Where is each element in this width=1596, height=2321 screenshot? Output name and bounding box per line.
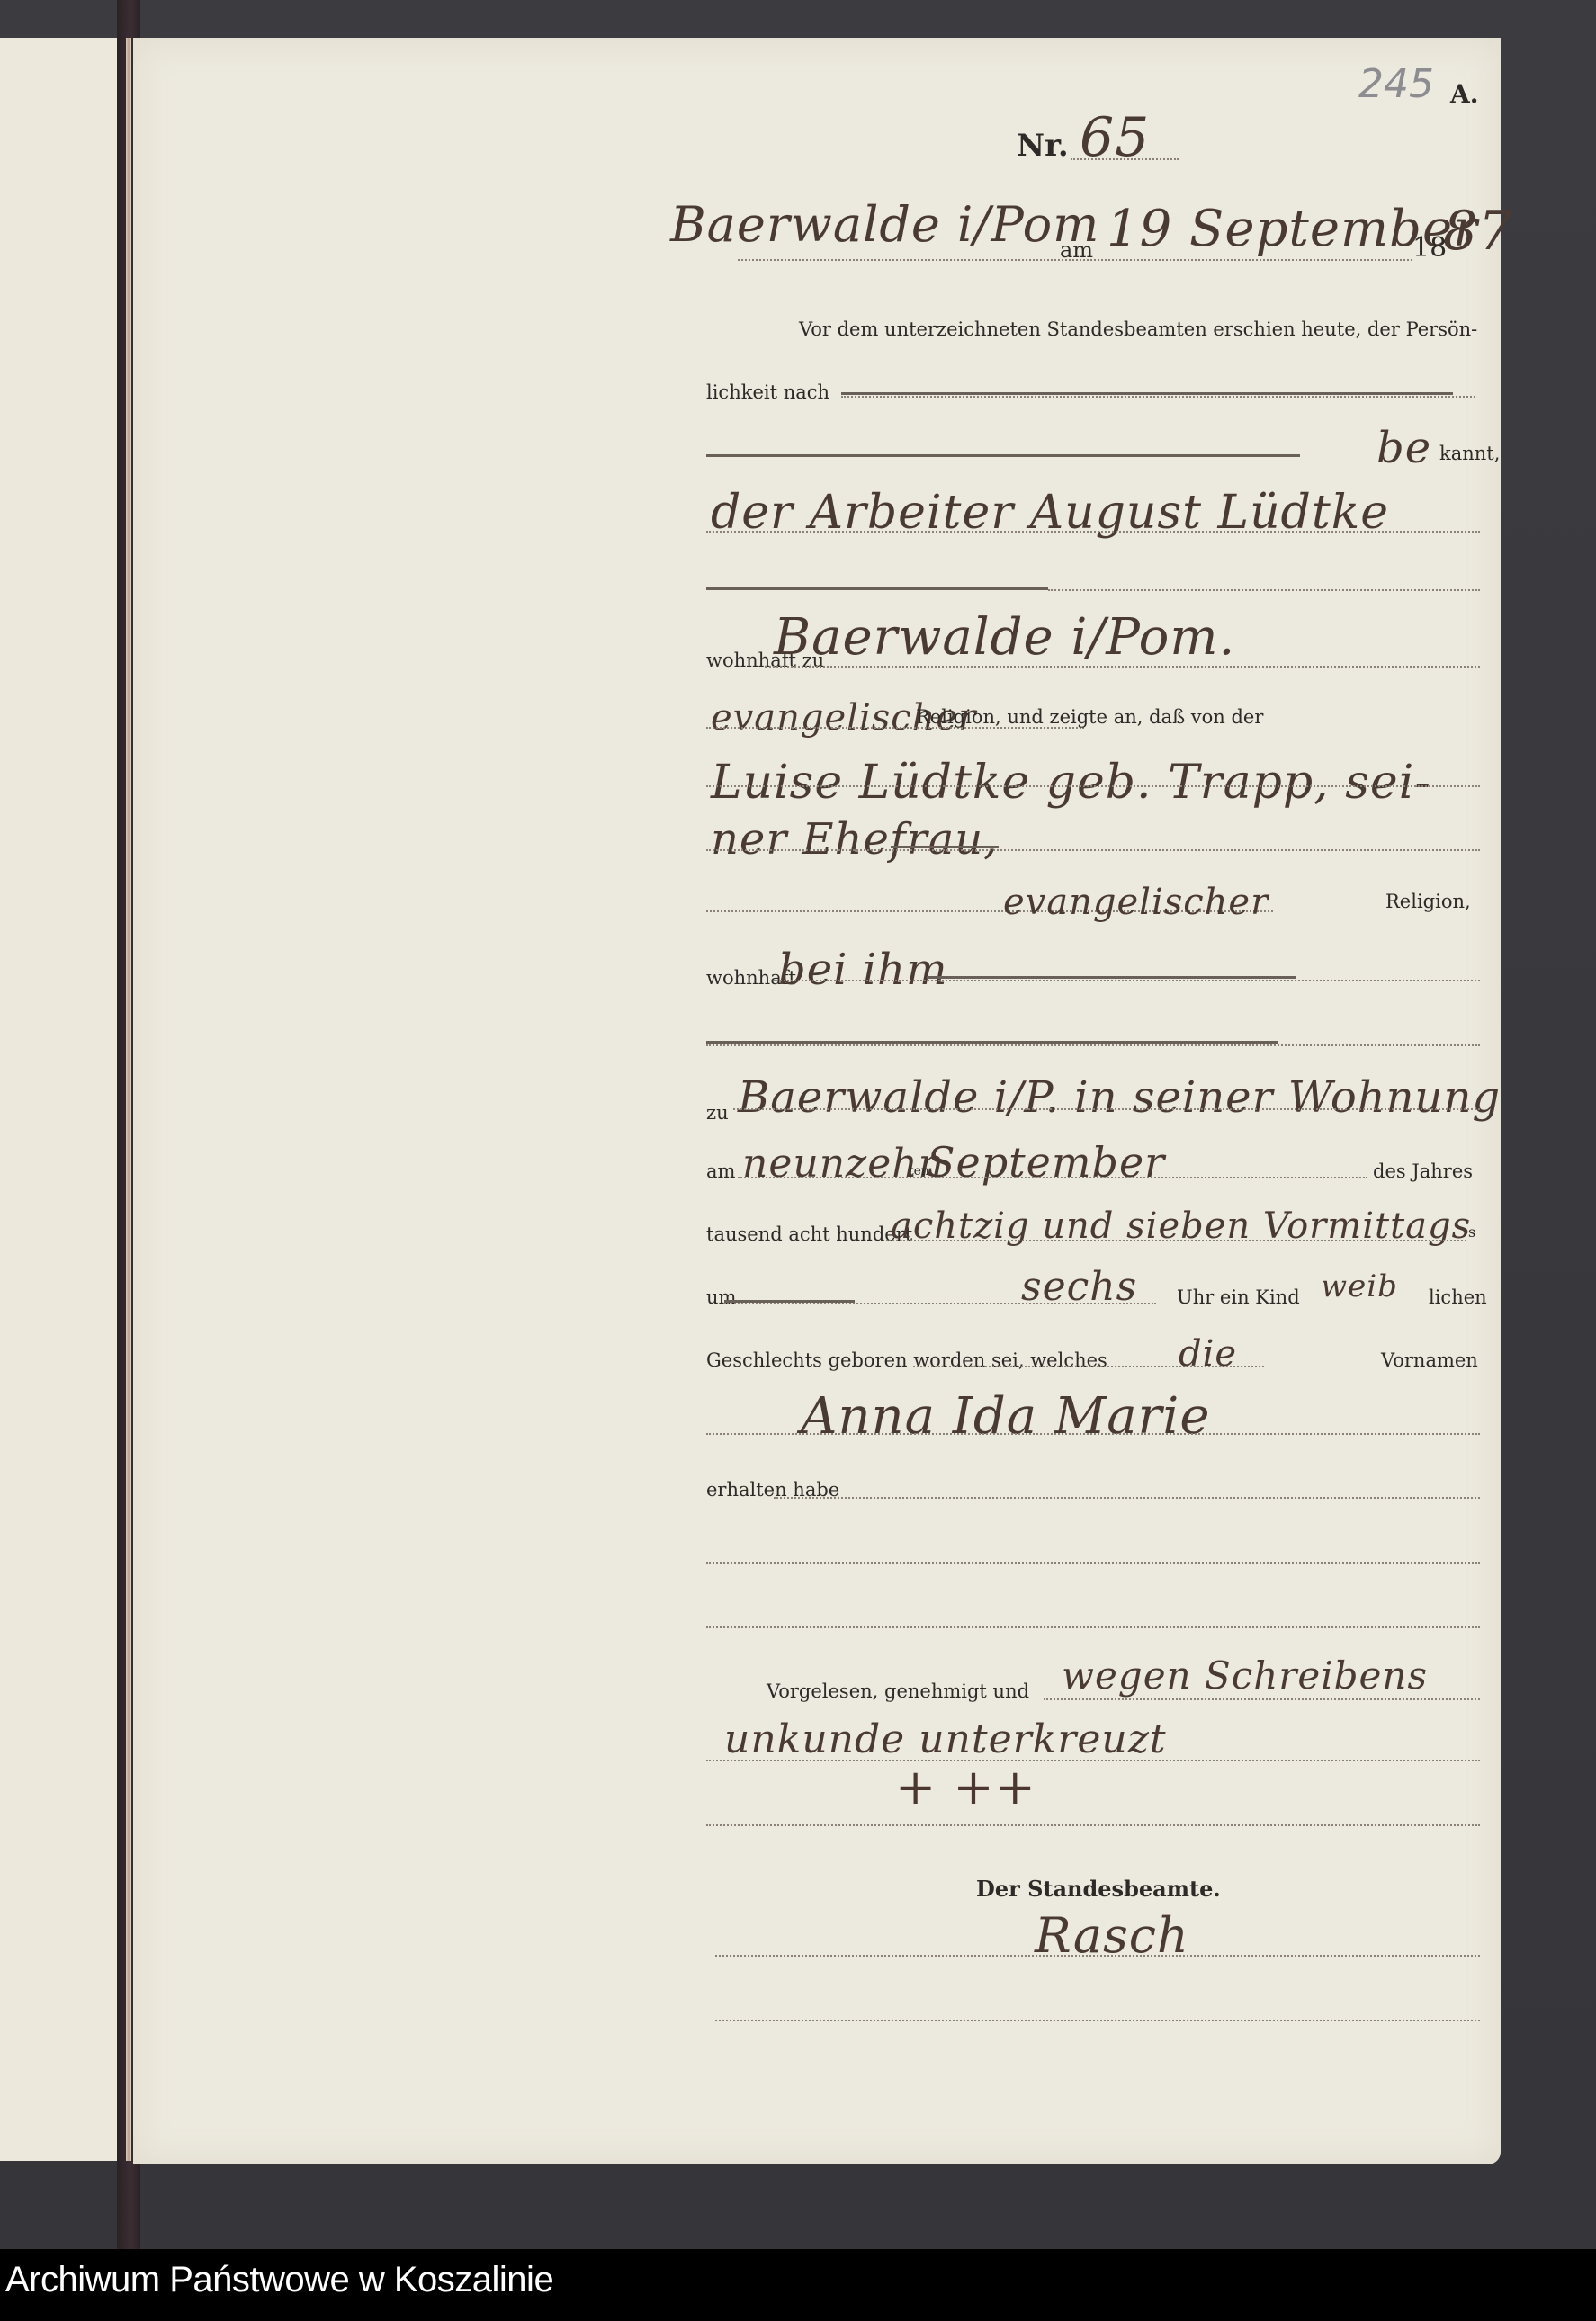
- struck-line: [706, 587, 1048, 590]
- dotted-line: [706, 1044, 1480, 1046]
- dotted-line: [841, 396, 1475, 398]
- am-label: am: [706, 1160, 735, 1182]
- struck-line: [891, 846, 999, 848]
- dotted-line: [706, 1760, 1480, 1761]
- religion2-value: evangelischer: [1003, 882, 1269, 923]
- dotted-line: [715, 2020, 1480, 2021]
- number-label: Nr.: [1017, 128, 1069, 164]
- dotted-line: [774, 1497, 1480, 1499]
- year-suffix-s: s: [1468, 1223, 1475, 1241]
- dotted-line: [706, 1433, 1480, 1435]
- tausend-label: tausend acht hundert: [706, 1223, 912, 1245]
- place-value: Baerwalde i/Pom: [670, 196, 1099, 253]
- left-page-edge: [0, 38, 131, 2161]
- dotted-line: [1044, 1698, 1480, 1700]
- dotted-line: [774, 980, 1480, 981]
- dotted-line: [738, 1177, 1367, 1178]
- religion2-label: Religion,: [1385, 891, 1471, 912]
- dotted-line: [765, 666, 1480, 668]
- zu-label: zu: [706, 1102, 729, 1124]
- mother-line2: ner Ehefrau,: [711, 814, 998, 865]
- page-gutter: [126, 38, 131, 2161]
- article-value: die: [1179, 1333, 1237, 1375]
- dotted-line: [706, 1562, 1480, 1564]
- dotted-line: [715, 1955, 1480, 1957]
- vorgelesen-label: Vorgelesen, genehmigt und: [767, 1680, 1029, 1702]
- closing-line2: unkunde unterkreuzt: [724, 1716, 1167, 1762]
- dotted-line: [706, 531, 1480, 533]
- place-date-line: [738, 259, 1412, 261]
- number-line: [1071, 158, 1179, 160]
- year-prefix: 18: [1412, 232, 1447, 264]
- des-jahres-label: des Jahres: [1373, 1160, 1473, 1182]
- bekannt-label: kannt,: [1439, 443, 1500, 464]
- dotted-line: [706, 1626, 1480, 1628]
- lichen-label: lichen: [1429, 1286, 1487, 1308]
- signature-label: Der Standesbeamte.: [976, 1876, 1221, 1902]
- bekannt-hand: be: [1376, 423, 1431, 473]
- dotted-line: [886, 1240, 1466, 1241]
- wohnhaft-zu-value: Baerwalde i/Pom.: [774, 608, 1235, 667]
- struck-line: [841, 392, 1453, 395]
- um-label: um: [706, 1286, 736, 1308]
- closing-line1: wegen Schreibens: [1062, 1653, 1428, 1698]
- child-names: Anna Ida Marie: [801, 1387, 1210, 1446]
- mother-line1: Luise Lüdtke geb. Trapp, sei-: [711, 756, 1431, 810]
- vornamen-label: Vornamen: [1381, 1349, 1478, 1371]
- geschlechts-label: Geschlechts geboren worden sei, welches: [706, 1349, 1107, 1371]
- form-letter: A.: [1450, 79, 1478, 109]
- struck-line: [706, 454, 1300, 457]
- religion1-label: Religion, und zeigte an, daß von der: [916, 706, 1263, 728]
- zu-value: Baerwalde i/P. in seiner Wohnung: [738, 1072, 1501, 1123]
- dotted-line: [706, 785, 1480, 787]
- month-value: September: [927, 1138, 1165, 1187]
- folio-number: 245: [1358, 61, 1434, 107]
- uhr-label: Uhr ein Kind: [1177, 1286, 1300, 1308]
- struck-line: [927, 976, 1296, 979]
- intro2-label: lichkeit nach: [706, 381, 829, 403]
- dotted-line: [706, 849, 1480, 851]
- signature-crosses: + ++: [895, 1759, 1036, 1815]
- year-suffix: 87: [1443, 200, 1513, 263]
- intro-text: Vor dem unterzeichneten Standesbeamten e…: [799, 318, 1477, 340]
- dotted-line: [733, 1108, 1480, 1110]
- dotted-line: [1048, 589, 1480, 591]
- sex-value: weib: [1321, 1268, 1398, 1304]
- dotted-line: [706, 1824, 1480, 1826]
- wohnhaft-value: bei ihm: [778, 945, 948, 995]
- hour-value: sechs: [1021, 1264, 1137, 1310]
- archive-name: Archiwum Państwowe w Koszalinie: [5, 2260, 553, 2300]
- struck-line: [706, 1041, 1278, 1044]
